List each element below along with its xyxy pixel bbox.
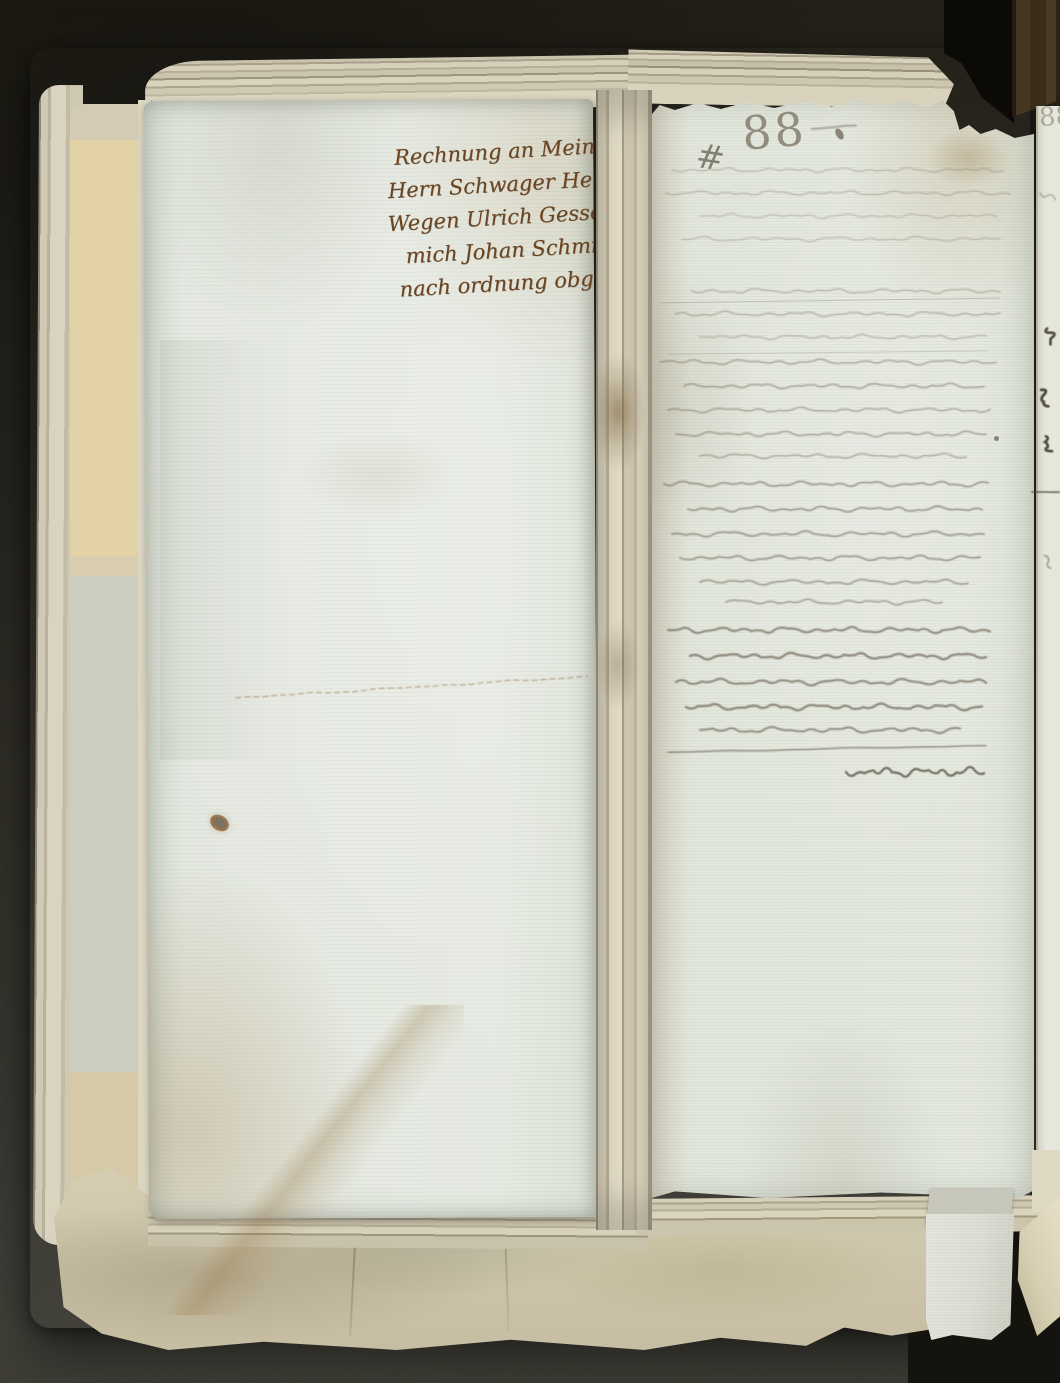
paper-texture	[652, 98, 1034, 1198]
ink-spot	[994, 436, 999, 441]
left-page-stain	[300, 430, 460, 520]
left-page-fold-stain	[164, 1005, 464, 1315]
gutter-ink-smudge	[590, 352, 646, 472]
gutter-stain	[596, 620, 640, 710]
silk-ribbon	[926, 1214, 1014, 1340]
manuscript-photograph: Rechnung an Meinen Hern Schwager Hern We…	[0, 0, 1060, 1383]
right-page-stain	[926, 128, 1012, 188]
top-fore-edge-right-stack	[628, 49, 955, 108]
left-page-stain	[160, 340, 280, 760]
right-page	[652, 98, 1034, 1198]
folio-number: 88	[740, 101, 809, 160]
sliver-folio-number: 88	[1038, 101, 1060, 133]
left-edge-tan-leaf	[70, 104, 142, 1242]
next-folio-sliver	[1036, 106, 1060, 1198]
inscription-block: Rechnung an Meinen Hern Schwager Hern We…	[385, 128, 599, 307]
